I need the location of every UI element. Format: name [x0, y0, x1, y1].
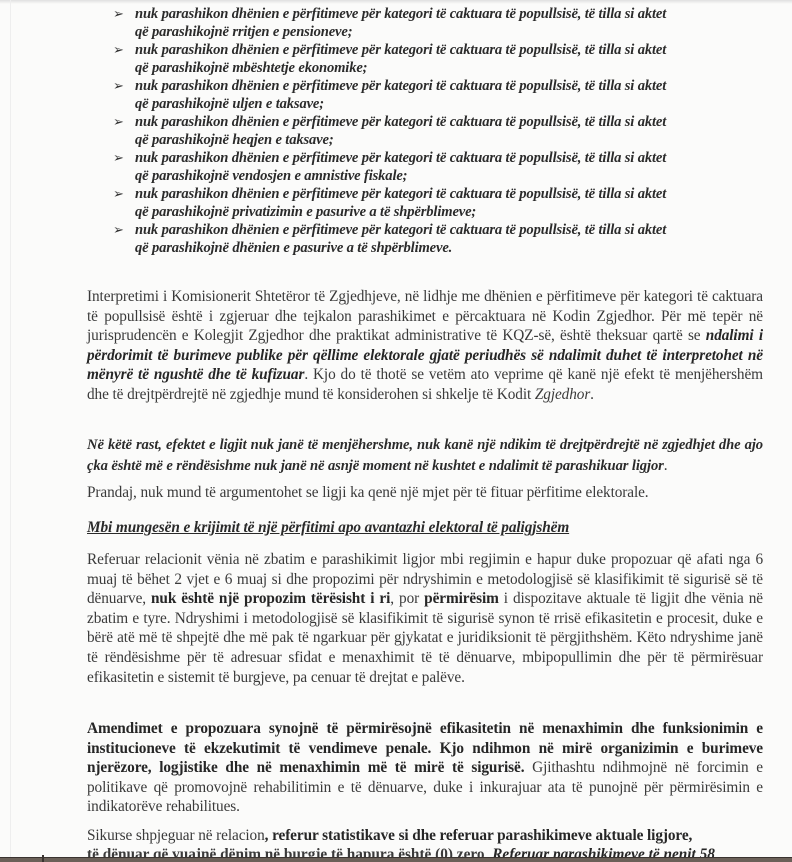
emphasis-text: Referuar parashikimeve të nenit 58	[492, 846, 715, 857]
arrow-bullet-icon: ➢	[113, 5, 124, 23]
paragraph-referuar: Referuar relacionit vënia në zbatim e pa…	[87, 550, 763, 687]
paragraph-interpretimi: Interpretimi i Komisionerit Shtetëror të…	[87, 287, 763, 405]
bullet-line-1: nuk parashikon dhënien e përfitimeve për…	[135, 78, 666, 94]
document-page: ➢ nuk parashikon dhënien e përfitimeve p…	[0, 0, 792, 862]
paragraph-text: .	[590, 386, 594, 403]
scan-top-shadow	[0, 0, 792, 4]
bold-text: përmirësim	[424, 590, 499, 607]
list-item: ➢ nuk parashikon dhënien e përfitimeve p…	[112, 185, 772, 221]
list-item: ➢ nuk parashikon dhënien e përfitimeve p…	[112, 149, 772, 185]
paragraph-sikurse: Sikurse shpjeguar në relacion, referur s…	[87, 826, 763, 846]
bullet-line-2: që parashikojnë uljen e taksave;	[135, 96, 324, 112]
list-item: ➢ nuk parashikon dhënien e përfitimeve p…	[112, 77, 772, 113]
paragraph-text: Prandaj, nuk mund të argumentohet se lig…	[87, 484, 649, 501]
viewer-bottom-bar	[0, 857, 792, 862]
arrow-bullet-icon: ➢	[113, 113, 124, 131]
emphasis-text: Në këtë rast, efektet e ligjit nuk janë …	[87, 437, 763, 474]
scan-left-edge	[10, 0, 11, 862]
bullet-line-1: nuk parashikon dhënien e përfitimeve për…	[135, 6, 666, 22]
section-heading-block: Mbi mungesën e krijimit të një përfitimi…	[87, 518, 763, 538]
bullet-line-2: që parashikojnë vendosjen e amnistive fi…	[135, 168, 407, 184]
bullet-list: ➢ nuk parashikon dhënien e përfitimeve p…	[112, 5, 772, 257]
bullet-line-2: që parashikojnë mbështetje ekonomike;	[135, 60, 367, 76]
bold-text: nuk është një propozim tërësisht i ri	[151, 590, 390, 607]
paragraph-text: , por	[390, 590, 424, 607]
paragraph-prandaj: Prandaj, nuk mund të argumentohet se lig…	[87, 483, 763, 503]
list-item: ➢ nuk parashikon dhënien e përfitimeve p…	[112, 221, 772, 257]
bullet-line-1: nuk parashikon dhënien e përfitimeve për…	[135, 114, 666, 130]
paragraph-text: Interpretimi i Komisionerit Shtetëror të…	[87, 288, 763, 344]
bullet-line-1: nuk parashikon dhënien e përfitimeve për…	[135, 222, 666, 238]
paragraph-amendimet: Amendimet e propozuara synojnë të përmir…	[87, 719, 763, 817]
partially-visible-line: të dënuar që vuajnë dënim në burgje të h…	[87, 845, 763, 857]
bullet-line-2: që parashikojnë heqjen e taksave;	[135, 132, 334, 148]
arrow-bullet-icon: ➢	[113, 149, 124, 167]
bold-underline-text: të dënuar që vuajnë dënim në burgje të h…	[87, 846, 485, 857]
italic-text: Zgjedhor	[535, 386, 590, 403]
bullet-line-2: që parashikojnë privatizimin e pasurive …	[135, 204, 476, 220]
list-item: ➢ nuk parashikon dhënien e përfitimeve p…	[112, 41, 772, 77]
arrow-bullet-icon: ➢	[113, 185, 124, 203]
viewer-bottom-bar-divider	[42, 855, 44, 862]
arrow-bullet-icon: ➢	[113, 221, 124, 239]
bullet-line-1: nuk parashikon dhënien e përfitimeve për…	[135, 42, 666, 58]
arrow-bullet-icon: ➢	[113, 41, 124, 59]
bullet-line-2: që parashikojnë dhënien e pasurive a të …	[135, 240, 452, 256]
bold-text: , referur statistikave si dhe referuar p…	[265, 827, 693, 844]
bullet-line-1: nuk parashikon dhënien e përfitimeve për…	[135, 150, 666, 166]
list-item: ➢ nuk parashikon dhënien e përfitimeve p…	[112, 113, 772, 149]
section-heading: Mbi mungesën e krijimit të një përfitimi…	[87, 519, 569, 536]
paragraph-text: .	[664, 457, 668, 474]
bullet-line-2: që parashikojnë rritjen e pensioneve;	[135, 24, 352, 40]
paragraph-text: Sikurse shpjeguar në relacion	[87, 827, 265, 844]
list-item: ➢ nuk parashikon dhënien e përfitimeve p…	[112, 5, 772, 41]
arrow-bullet-icon: ➢	[113, 77, 124, 95]
paragraph-ne-kete-rast: Në këtë rast, efektet e ligjit nuk janë …	[87, 435, 763, 476]
bullet-line-1: nuk parashikon dhënien e përfitimeve për…	[135, 186, 666, 202]
